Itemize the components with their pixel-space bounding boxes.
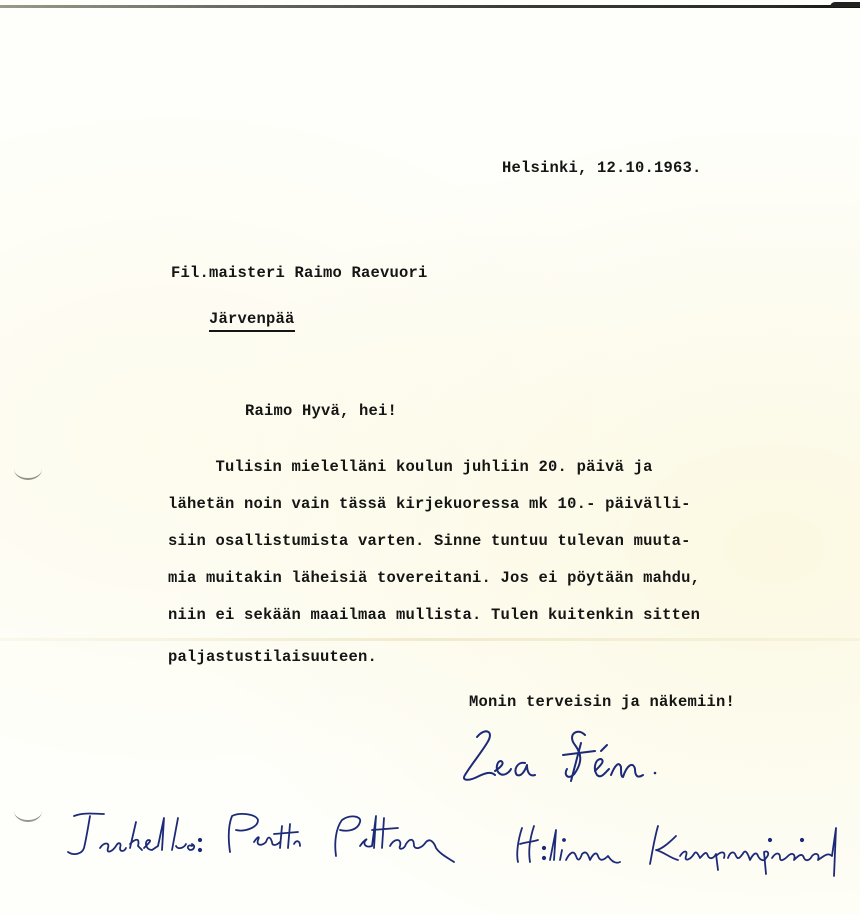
closing: Monin terveisin ja näkemiin! (469, 695, 735, 711)
punch-hole-icon (14, 800, 42, 822)
paper-fold-line (0, 638, 860, 641)
recipient-city: Järvenpää (209, 310, 295, 332)
recipient-name: Fil.maisteri Raimo Raevuori (171, 266, 428, 282)
body-line: paljastustilaisuuteen. (168, 650, 377, 666)
letter-paper: Helsinki, 12.10.1963. Fil.maisteri Raimo… (0, 0, 860, 914)
handwritten-note-part1 (60, 808, 480, 878)
paper-top-corner (830, 2, 860, 7)
punch-hole-icon (14, 458, 42, 480)
body-line: mia muitakin läheisiä tovereitani. Jos e… (168, 571, 700, 587)
paper-top-edge (0, 5, 860, 8)
signature-handwritten (455, 725, 685, 795)
salutation: Raimo Hyvä, hei! (245, 404, 397, 420)
place-date: Helsinki, 12.10.1963. (502, 161, 702, 177)
body-line: niin ei sekään maailmaa mullista. Tulen … (168, 608, 700, 624)
handwritten-note-part2 (508, 820, 860, 900)
body-line: lähetän noin vain tässä kirjekuoressa mk… (168, 497, 691, 513)
body-line: siin osallistumista varten. Sinne tuntuu… (168, 534, 691, 550)
body-line: Tulisin mielelläni koulun juhliin 20. pä… (168, 460, 653, 476)
